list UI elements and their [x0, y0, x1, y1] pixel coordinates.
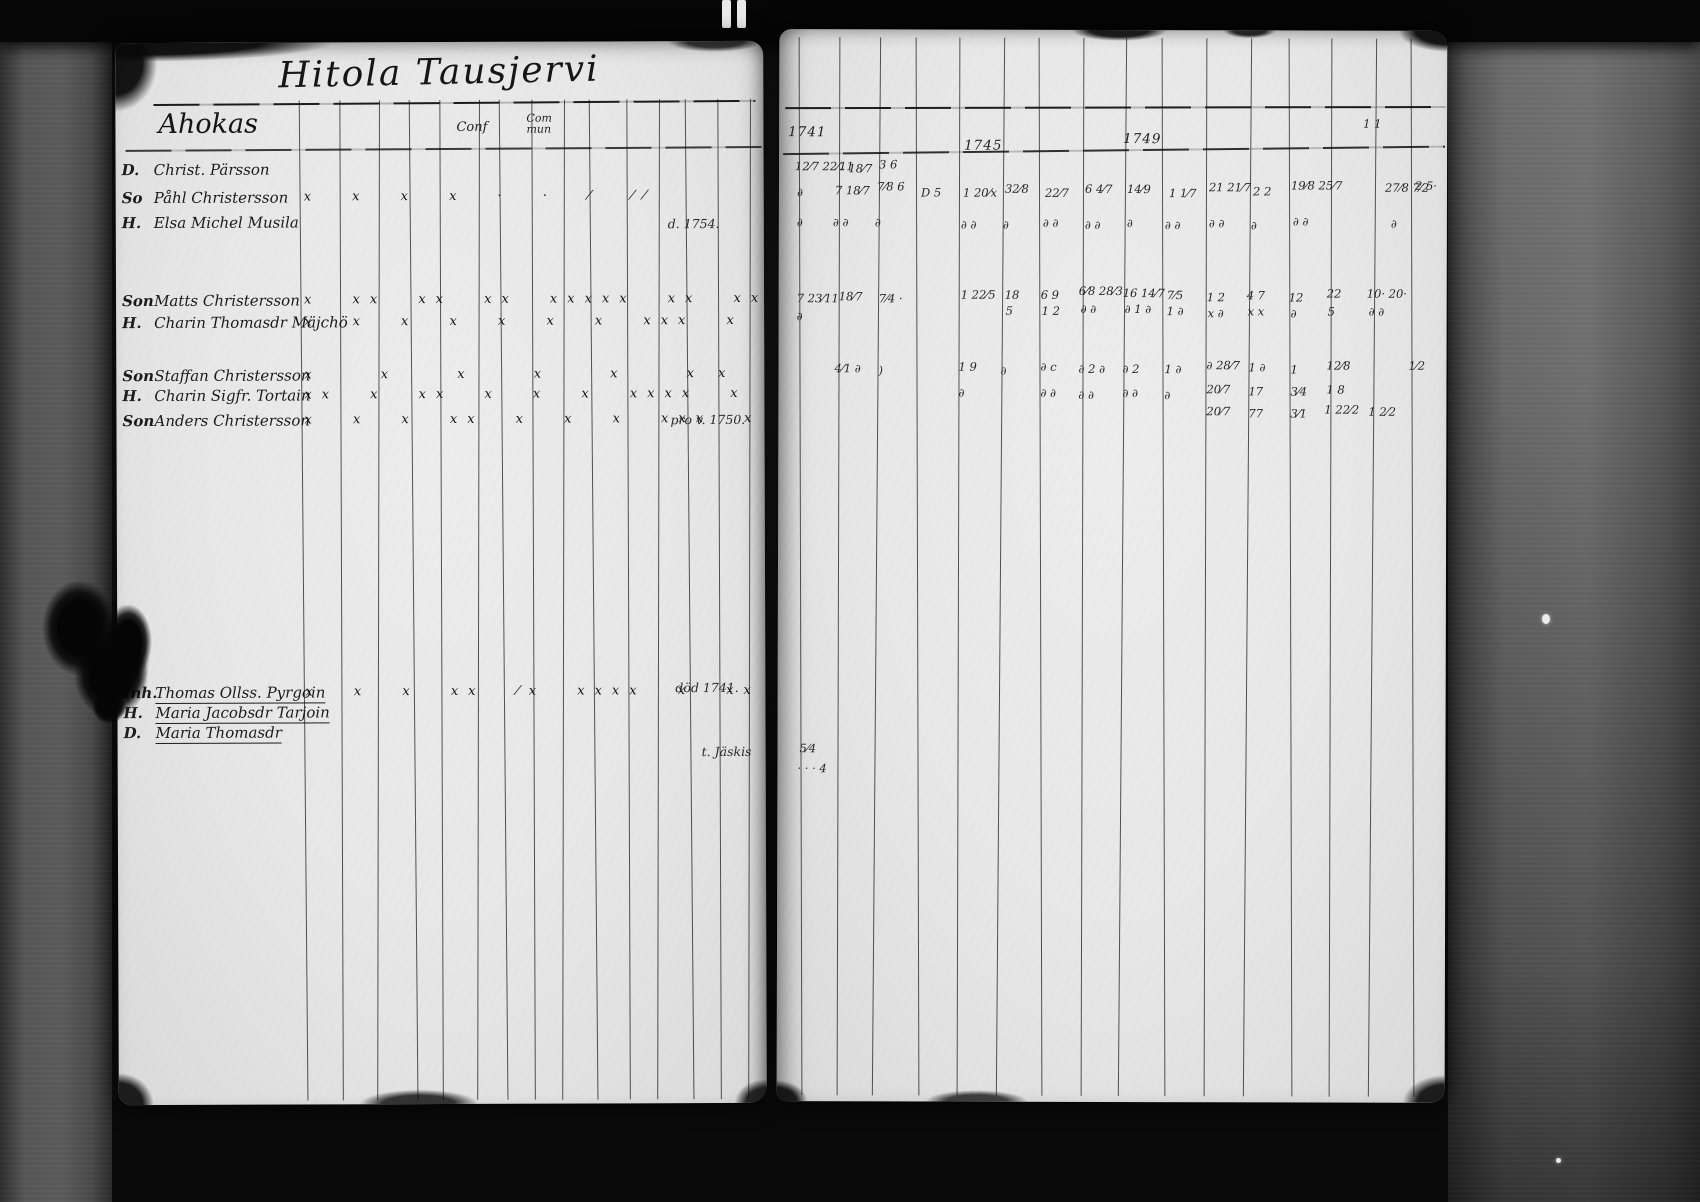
ledger-entry: ∂ c	[1041, 360, 1057, 374]
ledger-entry: 7⁄5	[1167, 288, 1184, 302]
margin-note: d. 1754.	[668, 216, 720, 231]
ledger-entry: ∂ ∂	[1078, 388, 1094, 402]
ledger-entry: ∂	[1127, 216, 1133, 230]
ledger-entry: · · · 4	[797, 761, 826, 775]
ledger-entry: 5	[1006, 304, 1013, 318]
ledger-entry: 7 18⁄7	[835, 183, 870, 197]
column-rule	[717, 99, 721, 1099]
margin-note: död 1741.	[675, 680, 738, 695]
film-bottom-shade	[112, 1100, 1448, 1202]
ledger-entry: 5	[1328, 305, 1335, 319]
ledger-entry: ∂	[875, 215, 881, 229]
ledger-entry: 21 21⁄7	[1209, 180, 1251, 194]
ledger-entry: D 5	[921, 185, 941, 199]
register-right-page: 1741 1745 1749 12⁄7 22⁄11– 18⁄73 6∂7 18⁄…	[777, 29, 1448, 1103]
film-speck	[1556, 1158, 1561, 1163]
ledger-entry: ∂ ∂	[833, 215, 849, 229]
column-rule	[1368, 39, 1377, 1097]
ledger-entry: ∂ 28⁄7	[1207, 358, 1241, 372]
column-rule	[377, 100, 380, 1100]
header-rule	[126, 146, 762, 152]
column-rule	[562, 100, 565, 1100]
register-row: SoPåhl Christersson x x x x · · ⁄ ⁄⁄	[122, 187, 762, 213]
ledger-entry: 1 22⁄2	[1324, 403, 1359, 417]
emulsion-blob	[104, 604, 152, 680]
ledger-entry: 7 23⁄11	[797, 291, 839, 305]
header-rule	[153, 100, 755, 106]
column-rule	[1039, 38, 1043, 1096]
column-rule	[748, 99, 751, 1099]
film-frame-marker-icon	[722, 0, 752, 30]
ledger-entry: 12	[1289, 290, 1304, 304]
column-header-communion: Com mun	[526, 113, 552, 135]
column-rule	[916, 37, 920, 1095]
ledger-entry: ∂ ∂	[1369, 305, 1385, 319]
register-row: H.Charin Thomasdr Mäjchö x x x x x x x x…	[122, 312, 762, 338]
ledger-entry: 18	[1005, 288, 1020, 302]
communion-marks: x x x xx ⁄x xxxx x xx x x	[305, 683, 857, 700]
marker-bar	[737, 0, 746, 28]
register-row: SonAnders Christersson x x x xx x x x xx…	[122, 410, 762, 436]
ledger-entry: 6 9	[1041, 288, 1059, 302]
ledger-entry: 10· 20·	[1367, 287, 1407, 301]
ledger-entry: x x	[1248, 304, 1265, 318]
ledger-entry: 20⁄7	[1206, 382, 1230, 396]
register-row: H.Elsa Michel Musila d. 1754.	[122, 212, 762, 238]
column-rule	[439, 100, 443, 1100]
ledger-entry: ∂ ∂	[1165, 218, 1181, 232]
row-prefix: H.	[122, 314, 154, 332]
row-prefix: D.	[122, 161, 154, 179]
film-grain	[1448, 0, 1700, 1202]
column-rule	[531, 100, 535, 1100]
column-rule	[299, 100, 309, 1100]
column-rule	[685, 99, 695, 1099]
ledger-entry: ∂ ∂	[961, 218, 977, 232]
ledger-entry: ∂	[1251, 218, 1257, 232]
person-name: Christ. Pärsson	[154, 161, 270, 179]
ledger-entry: 32⁄8	[1005, 182, 1029, 196]
ledger-entry: 7⁄8 6	[877, 179, 905, 193]
year-label-1745: 1745	[964, 138, 1002, 154]
row-prefix: Son	[122, 292, 154, 310]
ledger-entry: 1 9	[959, 360, 977, 374]
column-rule	[1118, 38, 1127, 1096]
row-prefix: H.	[122, 387, 154, 405]
ledger-entry: 22⁄7	[1045, 186, 1069, 200]
year-label-1741: 1741	[788, 124, 826, 140]
register-row: D.Christ. Pärsson	[122, 159, 762, 185]
ledger-entry: 4 7	[1247, 288, 1265, 302]
column-header-communion-line2: mun	[526, 124, 552, 135]
emulsion-blob	[92, 690, 126, 724]
row-prefix: H.	[122, 214, 154, 232]
year-label-1749: 1749	[1123, 131, 1161, 147]
communion-marks: x x x x · · ⁄ ⁄⁄	[304, 188, 656, 204]
ledger-entry: 3 6	[879, 157, 897, 171]
ledger-entry: 6 4⁄7	[1085, 182, 1113, 196]
register-left-page: Hitola Tausjervi Ahokas Conf Com mun D.C…	[115, 41, 767, 1105]
ledger-entry: ∂	[1000, 364, 1006, 378]
column-rule	[1411, 39, 1415, 1097]
row-prefix: D.	[124, 724, 156, 742]
ledger-entry: ∂	[1003, 218, 1009, 232]
ledger-entry: 1⁄2	[1409, 359, 1426, 373]
person-name: Anders Christersson	[154, 411, 310, 430]
household-name: Ahokas	[158, 109, 258, 140]
column-rule	[957, 38, 961, 1096]
ledger-entry: 17	[1248, 384, 1263, 398]
ledger-entry: 1 ∂	[1164, 362, 1181, 376]
ledger-entry: )	[878, 363, 883, 377]
row-prefix: Son	[122, 412, 154, 430]
ledger-entry: 2 2	[1253, 184, 1271, 198]
person-name: Elsa Michel Musila	[154, 213, 299, 232]
header-rule	[783, 146, 1445, 156]
person-name: Charin Sigfr. Tortain	[154, 386, 310, 405]
ledger-entry: ∂ 2	[1122, 362, 1139, 376]
person-name: Maria Thomasdr	[156, 724, 282, 744]
column-rule	[657, 99, 660, 1099]
ledger-entry: ∂ ∂	[1122, 386, 1138, 400]
page-title: Hitola Tausjervi	[278, 49, 600, 97]
person-name: Påhl Christersson	[154, 189, 289, 207]
ledger-entry: 1 ∂	[1167, 304, 1184, 318]
ledger-entry: x ∂	[1208, 306, 1224, 320]
column-rule	[1289, 38, 1293, 1096]
ledger-entry: 1 8	[1326, 383, 1344, 397]
ledger-entry: ∂ ∂	[1040, 386, 1056, 400]
column-rule	[1204, 38, 1208, 1096]
ledger-entry: ∂	[1391, 217, 1397, 231]
ledger-entry: ∂ ∂	[1293, 214, 1309, 228]
ledger-entry: 1 1⁄7	[1169, 186, 1197, 200]
column-rule	[1162, 38, 1166, 1096]
ledger-entry: 1 2⁄2	[1368, 405, 1396, 419]
margin-note: pro v. 1750.	[670, 412, 745, 427]
person-name: Matts Christersson	[154, 291, 300, 310]
column-rule	[872, 37, 881, 1095]
communion-marks: x x x x x xx	[304, 366, 749, 383]
ledger-entry: 1	[1290, 362, 1297, 376]
ledger-entry: – 18⁄7	[839, 161, 872, 175]
ledger-entry: 1 ∂	[1249, 360, 1266, 374]
ledger-entry: ∂	[797, 215, 803, 229]
column-rule	[409, 100, 419, 1100]
ledger-entry: 19⁄8 25⁄7	[1291, 178, 1342, 192]
ledger-entry: 22	[1327, 287, 1342, 301]
microfilm-scan: Hitola Tausjervi Ahokas Conf Com mun D.C…	[0, 0, 1700, 1202]
header-rule	[785, 106, 1445, 109]
person-name: Staffan Christersson	[154, 366, 310, 385]
margin-note: t. Jäskis	[702, 744, 752, 759]
ledger-entry: ∂	[1164, 388, 1170, 402]
column-rule	[339, 100, 343, 1100]
communion-marks: x xx xx xx xxxxx xx xx x	[304, 291, 817, 308]
ledger-entry: 1 22⁄5	[961, 288, 996, 302]
person-name: Maria Jacobsdr Tarjoin	[155, 703, 329, 724]
ledger-entry: 16 14⁄7	[1123, 286, 1165, 300]
ledger-entry: 2 5·	[1415, 179, 1437, 193]
column-rule	[1329, 39, 1333, 1097]
ledger-entry: ∂ ∂	[1209, 216, 1225, 230]
ledger-entry: 3⁄1	[1290, 406, 1307, 420]
register-row: H.Charin Sigfr. Tortain xx x xx x x x xx…	[122, 385, 762, 411]
film-edge-right	[1448, 0, 1700, 1202]
ledger-entry: 1 2	[1207, 290, 1225, 304]
ledger-entry: ∂ ∂	[1085, 218, 1101, 232]
ledger-entry: 14⁄9	[1127, 182, 1151, 196]
ledger-entry: 4⁄1 ∂	[834, 361, 860, 375]
ledger-entry: ∂ ∂	[1043, 216, 1059, 230]
column-header-conf: Conf	[456, 120, 487, 135]
ledger-entry: ∂	[1291, 306, 1297, 320]
film-speck	[1542, 614, 1550, 624]
column-rule	[996, 38, 1005, 1096]
column-rule	[477, 100, 480, 1100]
marker-bar	[722, 0, 731, 28]
ledger-entry: 5⁄4	[800, 741, 817, 755]
row-prefix: So	[122, 189, 154, 207]
ledger-entry: 18⁄7	[839, 289, 863, 303]
ledger-entry: 1 1	[1363, 117, 1381, 131]
register-row: D.Maria Thomasdr t. Jäskis	[124, 722, 764, 748]
ledger-entry: 20⁄7	[1206, 404, 1230, 418]
ledger-entry: 12⁄8	[1327, 359, 1351, 373]
column-rule	[589, 99, 599, 1099]
ledger-entry: 3⁄4	[1290, 384, 1307, 398]
column-rule	[626, 99, 630, 1099]
ledger-entry: 6⁄8 28⁄3	[1079, 284, 1123, 298]
person-name: Thomas Ollss. Pyrgoin	[155, 683, 325, 704]
ledger-entry: 77	[1248, 406, 1263, 420]
ledger-entry: ∂ ∂	[1081, 302, 1097, 316]
column-rule	[1243, 38, 1252, 1096]
ledger-entry: ∂ 2 ∂	[1078, 362, 1105, 376]
ledger-entry: ∂ 1 ∂	[1125, 302, 1152, 316]
row-prefix: Son	[122, 367, 154, 385]
column-rule	[499, 100, 509, 1100]
ledger-entry: ∂	[958, 386, 964, 400]
column-rule	[1081, 38, 1085, 1096]
ledger-entry: 1 20⁄x	[963, 186, 997, 200]
ledger-entry: ∂	[797, 185, 803, 199]
ledger-entry: 7⁄4 ·	[879, 291, 903, 305]
ledger-entry: 1 2	[1042, 304, 1060, 318]
ledger-entry: ∂	[797, 309, 803, 323]
